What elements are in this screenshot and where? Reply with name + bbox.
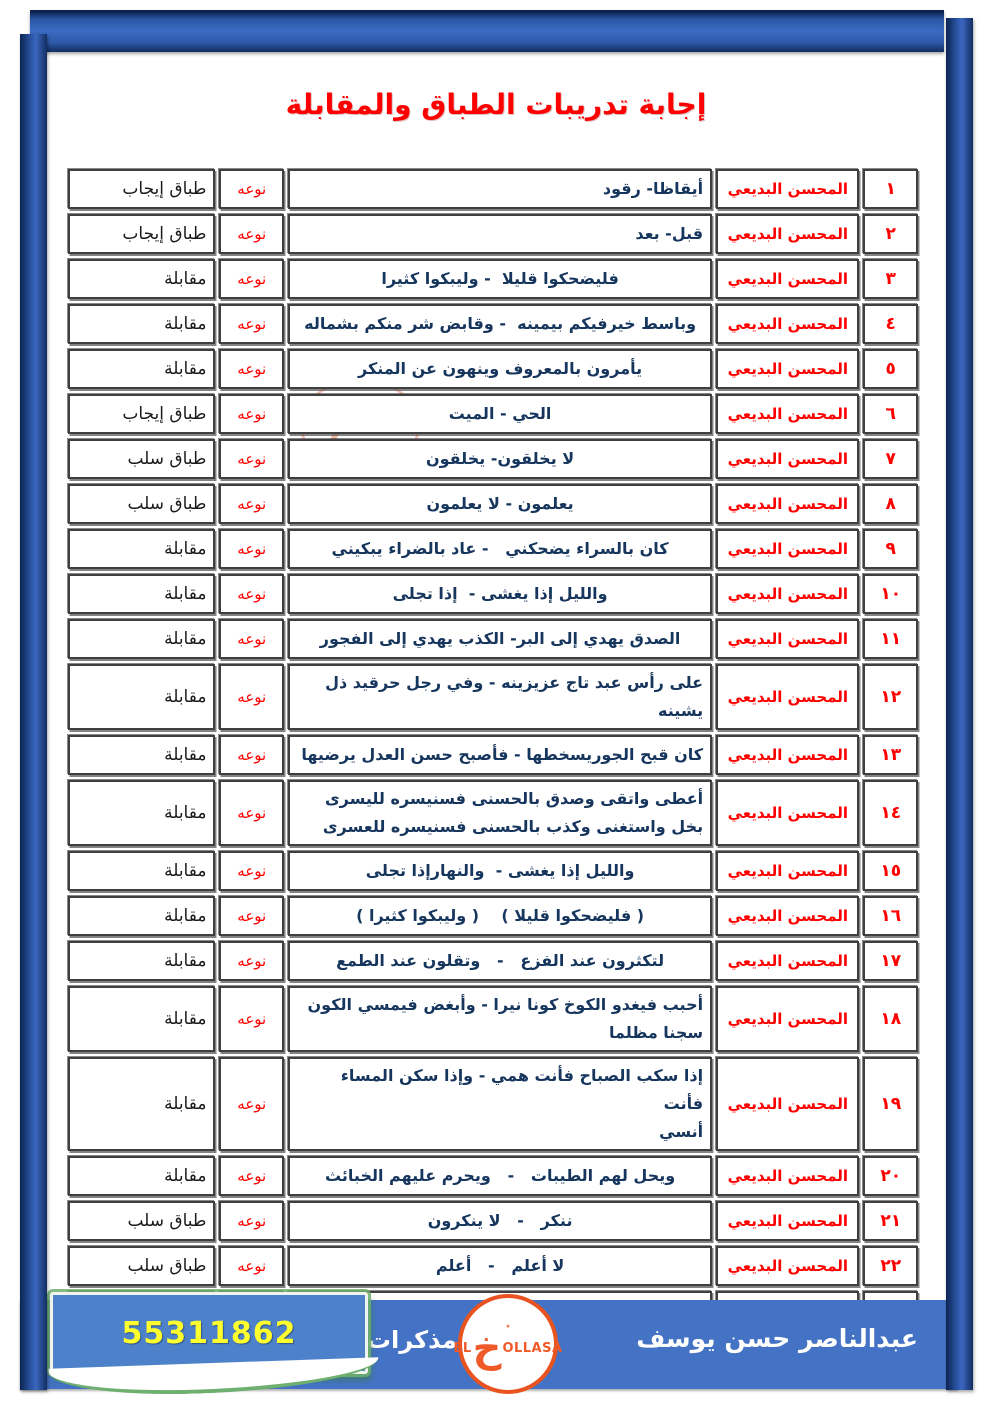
device-cell: المحسن البديعي [716,484,859,524]
device-cell: المحسن البديعي [716,619,859,659]
row-number-cell: ١٦ [863,896,918,936]
device-cell: المحسن البديعي [716,304,859,344]
logo-text-ollasa: OLLASA [502,1341,562,1356]
example-cell: فليضحكوا قليلا - وليبكوا كثيرا [288,259,712,299]
table-row: ٤المحسن البديعيوباسط خيرفيكم بيمينه - وق… [68,304,918,344]
logo-khah-letter: خ [473,1331,502,1365]
answer-cell: طباق إيجاب [68,214,215,254]
table-row: ٨المحسن البديعييعلمون - لا يعلموننوعهطبا… [68,484,918,524]
type-label-cell: نوعه [219,169,284,209]
answer-cell: طباق سلب [68,484,215,524]
device-cell: المحسن البديعي [716,780,859,846]
type-label-cell: نوعه [219,259,284,299]
table-row: ٣المحسن البديعيفليضحكوا قليلا - وليبكوا … [68,259,918,299]
row-number-cell: ١٥ [863,851,918,891]
type-label-cell: نوعه [219,484,284,524]
device-cell: المحسن البديعي [716,1057,859,1151]
answer-cell: مقابلة [68,1057,215,1151]
type-label-cell: نوعه [219,735,284,775]
row-number-cell: ١٤ [863,780,918,846]
answer-cell: مقابلة [68,529,215,569]
answer-cell: مقابلة [68,986,215,1052]
type-label-cell: نوعه [219,941,284,981]
row-number-cell: ١ [863,169,918,209]
example-cell: كان قبح الجوريسخطها - فأصبح حسن العدل ير… [288,735,712,775]
document-page: إجابة تدريبات الطباق والمقابلة ٭ EL خ OL… [0,0,992,1403]
answer-cell: طباق سلب [68,439,215,479]
device-cell: المحسن البديعي [716,439,859,479]
answer-cell: طباق إيجاب [68,169,215,209]
type-label-cell: نوعه [219,439,284,479]
type-label-cell: نوعه [219,896,284,936]
example-cell: أعطى واتقى وصدق بالحسنى فسنيسره لليسرى ب… [288,780,712,846]
device-cell: المحسن البديعي [716,1156,859,1196]
row-number-cell: ١٠ [863,574,918,614]
answer-cell: مقابلة [68,349,215,389]
example-cell: لا أعلم - أعلم [288,1246,712,1286]
top-border-ribbon [30,10,944,52]
example-cell: كان بالسراء يضحكني - عاد بالضراء يبكيني [288,529,712,569]
left-border-bar [20,34,47,1390]
footer-band: عبدالناصر حسن يوسف ٭ EL خ OLLASA مذكرات … [20,1300,958,1389]
type-label-cell: نوعه [219,986,284,1052]
row-number-cell: ٢٠ [863,1156,918,1196]
example-cell: إذا سكب الصباح فأنت همي - وإذا سكن المسا… [288,1057,712,1151]
answers-table-body: ١المحسن البديعيأيقاظا- رقودنوعهطباق إيجا… [68,169,918,1376]
type-label-cell: نوعه [219,529,284,569]
answer-cell: مقابلة [68,941,215,981]
table-row: ٦المحسن البديعيالحي - الميتنوعهطباق إيجا… [68,394,918,434]
example-cell: أحبب فيغدو الكوخ كونا نيرا - وأبغض فيمسي… [288,986,712,1052]
example-cell: قبل- بعد [288,214,712,254]
row-number-cell: ١٧ [863,941,918,981]
device-cell: المحسن البديعي [716,394,859,434]
answer-cell: طباق سلب [68,1201,215,1241]
type-label-cell: نوعه [219,304,284,344]
device-cell: المحسن البديعي [716,259,859,299]
example-cell: يعلمون - لا يعلمون [288,484,712,524]
type-label-cell: نوعه [219,780,284,846]
type-label-cell: نوعه [219,1156,284,1196]
device-cell: المحسن البديعي [716,664,859,730]
table-row: ٢٠المحسن البديعيويحل لهم الطيبات - ويحرم… [68,1156,918,1196]
device-cell: المحسن البديعي [716,851,859,891]
table-row: ١٤المحسن البديعيأعطى واتقى وصدق بالحسنى … [68,780,918,846]
device-cell: المحسن البديعي [716,1246,859,1286]
table-row: ١٦المحسن البديعي( فليضحكوا قليلا ) ( ولي… [68,896,918,936]
row-number-cell: ٦ [863,394,918,434]
phone-box-wave [49,1357,380,1398]
answer-cell: مقابلة [68,896,215,936]
row-number-cell: ٢ [863,214,918,254]
type-label-cell: نوعه [219,574,284,614]
answer-cell: مقابلة [68,259,215,299]
answer-cell: مقابلة [68,1156,215,1196]
row-number-cell: ٤ [863,304,918,344]
row-number-cell: ٧ [863,439,918,479]
answer-cell: مقابلة [68,619,215,659]
row-number-cell: ١٣ [863,735,918,775]
elkollasa-logo-icon: ٭ EL خ OLLASA [458,1294,558,1394]
example-cell: والليل إذا يغشى - والنهارإذا تجلى [288,851,712,891]
table-row: ١٧المحسن البديعيلتكثرون عند الفزع - وتقل… [68,941,918,981]
example-cell: لتكثرون عند الفزع - وتقلون عند الطمع [288,941,712,981]
table-row: ٢المحسن البديعيقبل- بعدنوعهطباق إيجاب [68,214,918,254]
example-cell: لا يخلقون- يخلقون [288,439,712,479]
example-cell: أيقاظا- رقود [288,169,712,209]
device-cell: المحسن البديعي [716,986,859,1052]
row-number-cell: ٢٢ [863,1246,918,1286]
table-row: ١٠المحسن البديعيوالليل إذا يغشى - إذا تج… [68,574,918,614]
row-number-cell: ١٢ [863,664,918,730]
logo-text-el: EL [453,1341,471,1356]
table-row: ١٩المحسن البديعيإذا سكب الصباح فأنت همي … [68,1057,918,1151]
type-label-cell: نوعه [219,664,284,730]
type-label-cell: نوعه [219,619,284,659]
answers-table: ١المحسن البديعيأيقاظا- رقودنوعهطباق إيجا… [64,164,922,1381]
row-number-cell: ١١ [863,619,918,659]
type-label-cell: نوعه [219,214,284,254]
example-cell: يأمرون بالمعروف وينهون عن المنكر [288,349,712,389]
table-row: ١المحسن البديعيأيقاظا- رقودنوعهطباق إيجا… [68,169,918,209]
device-cell: المحسن البديعي [716,529,859,569]
example-cell: ويحل لهم الطيبات - ويحرم عليهم الخبائث [288,1156,712,1196]
table-row: ٩المحسن البديعيكان بالسراء يضحكني - عاد … [68,529,918,569]
device-cell: المحسن البديعي [716,169,859,209]
answer-cell: طباق سلب [68,1246,215,1286]
phone-box: 55311862 [50,1292,368,1374]
device-cell: المحسن البديعي [716,1201,859,1241]
type-label-cell: نوعه [219,394,284,434]
answer-cell: مقابلة [68,574,215,614]
answer-cell: مقابلة [68,304,215,344]
table-row: ٢١المحسن البديعيننكر - لا ينكروننوعهطباق… [68,1201,918,1241]
table-row: ٥المحسن البديعييأمرون بالمعروف وينهون عن… [68,349,918,389]
table-row: ١٨المحسن البديعيأحبب فيغدو الكوخ كونا ني… [68,986,918,1052]
row-number-cell: ٨ [863,484,918,524]
answer-cell: طباق إيجاب [68,394,215,434]
device-cell: المحسن البديعي [716,214,859,254]
device-cell: المحسن البديعي [716,896,859,936]
row-number-cell: ٥ [863,349,918,389]
type-label-cell: نوعه [219,1057,284,1151]
example-cell: ( فليضحكوا قليلا ) ( وليبكوا كثيرا ) [288,896,712,936]
table-row: ٧المحسن البديعيلا يخلقون- يخلقوننوعهطباق… [68,439,918,479]
right-border-bar [946,18,973,1390]
type-label-cell: نوعه [219,1246,284,1286]
table-row: ١٢المحسن البديعيعلى رأس عبد تاج عزيزينه … [68,664,918,730]
answer-cell: مقابلة [68,851,215,891]
example-cell: وباسط خيرفيكم بيمينه - وقابض شر منكم بشم… [288,304,712,344]
table-row: ١٣المحسن البديعيكان قبح الجوريسخطها - فأ… [68,735,918,775]
table-row: ١٥المحسن البديعيوالليل إذا يغشى - والنها… [68,851,918,891]
phone-number: 55311862 [122,1316,297,1351]
table-row: ١١المحسن البديعيالصدق يهدي إلى البر- الك… [68,619,918,659]
type-label-cell: نوعه [219,1201,284,1241]
logo-star-icon: ٭ [506,1323,511,1331]
answer-cell: مقابلة [68,735,215,775]
row-number-cell: ٩ [863,529,918,569]
example-cell: والليل إذا يغشى - إذا تجلى [288,574,712,614]
row-number-cell: ١٨ [863,986,918,1052]
type-label-cell: نوعه [219,851,284,891]
row-number-cell: ١٩ [863,1057,918,1151]
device-cell: المحسن البديعي [716,735,859,775]
row-number-cell: ٣ [863,259,918,299]
row-number-cell: ٢١ [863,1201,918,1241]
device-cell: المحسن البديعي [716,349,859,389]
device-cell: المحسن البديعي [716,574,859,614]
type-label-cell: نوعه [219,349,284,389]
device-cell: المحسن البديعي [716,941,859,981]
example-cell: الحي - الميت [288,394,712,434]
table-row: ٢٢المحسن البديعيلا أعلم - أعلمنوعهطباق س… [68,1246,918,1286]
answer-cell: مقابلة [68,780,215,846]
example-cell: على رأس عبد تاج عزيزينه - وفي رجل حرقيد … [288,664,712,730]
answer-cell: مقابلة [68,664,215,730]
footer-author-name: عبدالناصر حسن يوسف [636,1324,918,1353]
page-title: إجابة تدريبات الطباق والمقابلة [0,88,992,121]
example-cell: ننكر - لا ينكرون [288,1201,712,1241]
example-cell: الصدق يهدي إلى البر- الكذب يهدي إلى الفج… [288,619,712,659]
